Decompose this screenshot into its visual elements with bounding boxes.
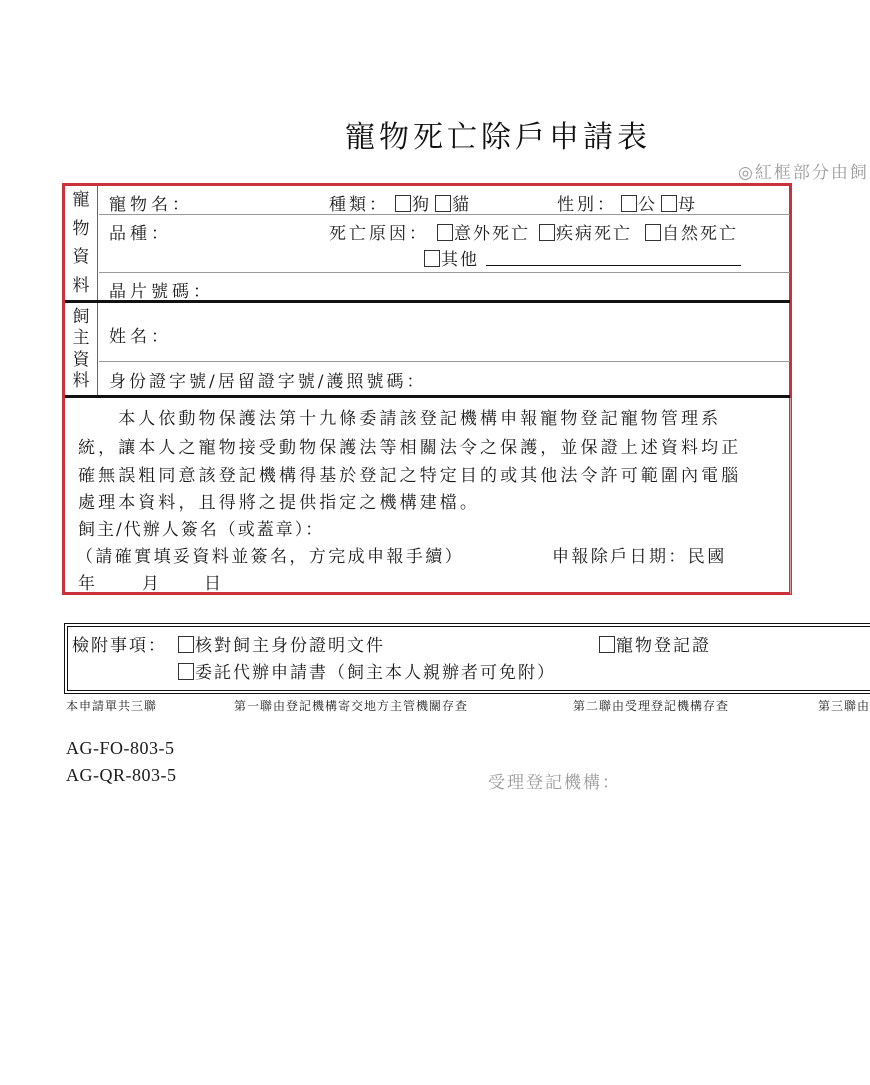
attach-proxy-form-option[interactable]: 委託代辦申請書（飼主本人親辦者可免附） xyxy=(178,658,556,683)
copy-1-note: 第一聯由登記機構寄交地方主管機關存查 xyxy=(234,697,468,714)
checkbox[interactable] xyxy=(424,250,440,267)
cause-accident-option[interactable]: 意外死亡 xyxy=(437,219,530,244)
option-label: 其他 xyxy=(441,250,479,270)
option-label: 寵物登記證 xyxy=(616,636,711,656)
pet-row-1: 寵物名： 種類： 狗 貓 性別： 公 母 xyxy=(99,190,790,214)
owner-row-1: 姓名： xyxy=(99,322,790,346)
option-label: 核對飼主身份證明文件 xyxy=(195,636,385,656)
label-char: 料 xyxy=(73,278,90,295)
owner-name-field[interactable]: 姓名： xyxy=(109,322,172,347)
label-char: 寵 xyxy=(73,192,90,209)
form-code-fo: AG-FO-803-5 xyxy=(66,738,175,759)
declaration-line: 本人依動物保護法第十九條委請該登記機構申報寵物登記寵物管理系 xyxy=(78,404,721,429)
owner-id-field[interactable]: 身份證字號/居留證字號/護照號碼： xyxy=(109,367,426,392)
label-char: 飼 xyxy=(73,309,90,326)
checkbox[interactable] xyxy=(621,195,637,212)
checkbox[interactable] xyxy=(539,224,555,241)
attach-pet-registration-option[interactable]: 寵物登記證 xyxy=(599,631,711,656)
checkbox[interactable] xyxy=(178,636,194,653)
date-year[interactable]: 年 xyxy=(78,569,98,594)
red-frame-note: ◎紅框部分由飼 xyxy=(738,158,869,183)
attachments-label: 檢附事項： xyxy=(72,631,167,656)
option-label: 自然死亡 xyxy=(662,224,738,244)
date-day[interactable]: 日 xyxy=(204,569,224,594)
pet-type-cat-option[interactable]: 貓 xyxy=(435,190,469,215)
cause-natural-option[interactable]: 自然死亡 xyxy=(645,219,738,244)
pet-sex-male-option[interactable]: 公 xyxy=(621,190,655,215)
label-char: 料 xyxy=(73,373,90,390)
checkbox[interactable] xyxy=(437,224,453,241)
checkbox[interactable] xyxy=(395,195,411,212)
owner-section-label: 飼 主 資 料 xyxy=(65,303,98,396)
row-divider xyxy=(99,214,790,215)
attachments-box: 檢附事項： 核對飼主身份證明文件 寵物登記證 委託代辦申請書（飼主本人親辦者可免… xyxy=(64,623,870,694)
checkbox[interactable] xyxy=(645,224,661,241)
copy-2-note: 第二聯由受理登記機構存查 xyxy=(573,697,729,714)
owner-row-2: 身份證字號/居留證字號/護照號碼： xyxy=(99,367,790,391)
declaration-line: 確無誤粗同意該登記機構得基於登記之特定目的或其他法令許可範圍內電腦 xyxy=(78,461,741,486)
pet-name-field[interactable]: 寵物名： xyxy=(109,190,193,215)
option-label: 公 xyxy=(638,195,655,215)
option-label: 狗 xyxy=(412,195,429,215)
cause-other-option[interactable]: 其他 xyxy=(424,245,479,270)
checkbox[interactable] xyxy=(178,663,194,680)
pet-row-2: 品種： 死亡原因： 意外死亡 疾病死亡 自然死亡 其他 xyxy=(99,219,790,269)
option-label: 委託代辦申請書（飼主本人親辦者可免附） xyxy=(195,663,556,683)
declaration-line: 統，讓本人之寵物接受動物保護法等相關法令之保護，並保證上述資料均正 xyxy=(78,433,741,458)
copy-3-note: 第三聯由 xyxy=(818,697,870,714)
checkbox[interactable] xyxy=(435,195,451,212)
date-month[interactable]: 月 xyxy=(142,569,162,594)
pet-type-label: 種類： xyxy=(329,190,389,215)
label-char: 主 xyxy=(73,330,90,347)
option-label: 貓 xyxy=(452,195,469,215)
option-label: 意外死亡 xyxy=(454,224,530,244)
label-char: 物 xyxy=(73,221,90,238)
form-title: 寵物死亡除戶申請表 xyxy=(345,112,651,156)
chip-number-field[interactable]: 晶片號碼： xyxy=(109,277,214,302)
cause-disease-option[interactable]: 疾病死亡 xyxy=(539,219,632,244)
checkbox[interactable] xyxy=(599,636,615,653)
declaration-right-border xyxy=(790,398,791,594)
option-label: 疾病死亡 xyxy=(556,224,632,244)
owner-info-section: 飼 主 資 料 姓名： 身份證字號/居留證字號/護照號碼： xyxy=(65,303,790,396)
copies-total: 本申請單共三聯 xyxy=(66,697,157,714)
declaration-line: 處理本資料，且得將之提供指定之機構建檔。 xyxy=(78,488,480,513)
pet-row-3: 晶片號碼： xyxy=(99,277,790,299)
pet-section-label: 寵 物 資 料 xyxy=(65,186,98,301)
pet-sex-female-option[interactable]: 母 xyxy=(661,190,695,215)
row-divider xyxy=(99,361,790,362)
label-char: 資 xyxy=(73,352,90,369)
signature-field[interactable]: 飼主/代辦人簽名（或蓋章）： xyxy=(78,515,324,540)
death-cause-label: 死亡原因： xyxy=(329,219,429,244)
pet-type-dog-option[interactable]: 狗 xyxy=(395,190,429,215)
checkbox[interactable] xyxy=(661,195,677,212)
cause-other-blank-line[interactable] xyxy=(486,265,741,266)
signature-note: （請確實填妥資料並簽名，方完成申報手續） xyxy=(76,542,464,567)
pet-info-section: 寵 物 資 料 寵物名： 種類： 狗 貓 性別： 公 母 品種： 死亡原因： 意… xyxy=(65,186,790,301)
receiving-agency-label: 受理登記機構： xyxy=(488,768,621,793)
pet-breed-field[interactable]: 品種： xyxy=(109,219,172,244)
section-divider xyxy=(65,395,790,398)
pet-sex-label: 性別： xyxy=(557,190,617,215)
date-label: 申報除戶日期：民國 xyxy=(552,542,727,567)
label-char: 資 xyxy=(73,249,90,266)
option-label: 母 xyxy=(678,195,695,215)
form-code-qr: AG-QR-803-5 xyxy=(66,765,177,786)
attach-owner-id-option[interactable]: 核對飼主身份證明文件 xyxy=(178,631,385,656)
row-divider xyxy=(99,272,790,273)
